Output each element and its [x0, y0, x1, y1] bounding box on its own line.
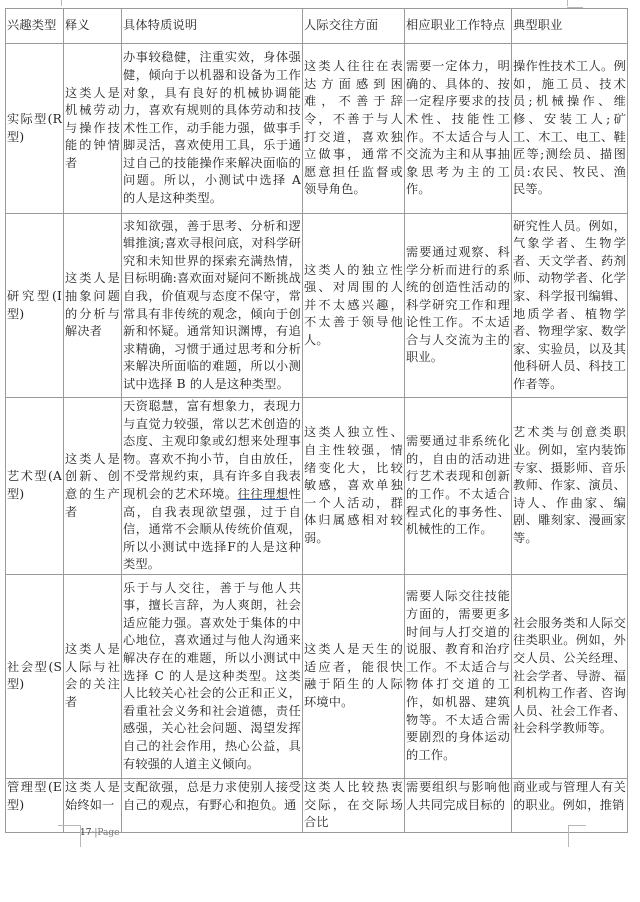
- page-label: Page: [97, 828, 119, 838]
- cell-type: 社会型(S型): [6, 574, 64, 778]
- cell-work-features: 需要一定体力，明确的、具体的、按一定程序要求的技术性、技能性工作。不太适合与人交…: [405, 44, 512, 214]
- crop-mark-bottom-right-v: [568, 825, 569, 847]
- cell-traits: 求知欲强，善于思考、分析和逻辑推演;喜欢寻根问底，对科学研究和未知世界的探索充满…: [122, 214, 303, 398]
- document-page: 兴趣类型 释义 具体特质说明 人际交往方面 相应职业工作特点 典型职业 实际型(…: [0, 0, 640, 902]
- cell-meaning: 这类人是人际与社会的关注者: [64, 574, 122, 778]
- cell-meaning: 这类人是机械劳动与操作技能的钟情者: [64, 44, 122, 214]
- crop-mark-top-left: [61, 0, 62, 6]
- table-row-investigative: 研究型(I型) 这类人是抽象问题的分析与解决者 求知欲强，善于思考、分析和逻辑推…: [6, 214, 628, 398]
- cell-meaning: 这类人是抽象问题的分析与解决者: [64, 214, 122, 398]
- cell-interpersonal: 这类人的独立性强、对周围的人并不太感兴趣，不太善于领导他人。: [303, 214, 405, 398]
- crop-mark-top-right: [567, 0, 568, 6]
- cell-work-features: 需要组织与影响他人共同完成目标的: [405, 778, 512, 832]
- spellcheck-underlined-text: 往往理想: [238, 487, 289, 501]
- cell-typical-jobs: 社会服务类和人际交往类职业。例如，外交人员、公关经理、社会学者、导游、福利机构工…: [512, 574, 628, 778]
- cell-work-features: 需要人际交往技能方面的，需要更多时间与人打交道的说服、教育和治疗工作。不太适合与…: [405, 574, 512, 778]
- cell-meaning: 这类人是创新、创意的生产者: [64, 398, 122, 575]
- crop-mark-bottom-left-h: [58, 825, 80, 826]
- header-interest-type: 兴趣类型: [6, 9, 64, 44]
- cell-traits: 办事较稳健，注重实效，身体强健，倾向于以机器和设备为工作对象，具有良好的机械协调…: [122, 44, 303, 214]
- cell-type: 研究型(I型): [6, 214, 64, 398]
- traits-text-before: 天资聪慧，富有想象力，表现力与直觉力较强，常以艺术创造的态度、主观印象或幻想来处…: [123, 399, 301, 501]
- page-number: 17: [80, 828, 91, 838]
- table-row-realistic: 实际型(R型) 这类人是机械劳动与操作技能的钟情者 办事较稳健，注重实效，身体强…: [6, 44, 628, 214]
- cell-interpersonal: 这类人是天生的适应者，能很快融于陌生的人际环境中。: [303, 574, 405, 778]
- cell-typical-jobs: 艺术类与创意类职业。例如，室内装饰专家、摄影师、音乐教师、作家、演员、诗人、作曲…: [512, 398, 628, 575]
- cell-type: 实际型(R型): [6, 44, 64, 214]
- table-row-enterprising: 管理型(E型) 这类人是始终如一 支配欲强，总是力求使别人接受自己的观点，有野心…: [6, 778, 628, 832]
- cell-interpersonal: 这类人比较热衷交际，在交际场合比: [303, 778, 405, 832]
- crop-mark-bottom-right-h: [568, 825, 586, 826]
- cell-traits: 天资聪慧，富有想象力，表现力与直觉力较强，常以艺术创造的态度、主观印象或幻想来处…: [122, 398, 303, 575]
- cell-type: 管理型(E型): [6, 778, 64, 832]
- cell-interpersonal: 这类人独立性、自主性较强，情绪变化大，比较敏感，喜欢单独一个人活动，群体归属感相…: [303, 398, 405, 575]
- cell-traits: 乐于与人交往，善于与他人共事，擅长言辞，为人爽朗，社会适应能力强。喜欢处于集体的…: [122, 574, 303, 778]
- cell-work-features: 需要通过非系统化的，自由的活动进行艺术表现和创新的工作。不太适合程式化的事务性、…: [405, 398, 512, 575]
- table-row-artistic: 艺术型(A型) 这类人是创新、创意的生产者 天资聪慧，富有想象力，表现力与直觉力…: [6, 398, 628, 575]
- cell-traits: 支配欲强，总是力求使别人接受自己的观点，有野心和抱负。通: [122, 778, 303, 832]
- header-typical-jobs: 典型职业: [512, 9, 628, 44]
- header-work-features: 相应职业工作特点: [405, 9, 512, 44]
- header-traits: 具体特质说明: [122, 9, 303, 44]
- cell-type: 艺术型(A型): [6, 398, 64, 575]
- cell-work-features: 需要通过观察、科学分析而进行的系统的创造性活动的科学研究工作和理论性工作。不太适…: [405, 214, 512, 398]
- cell-typical-jobs: 研究性人员。例如，气象学者、生物学者、天文学者、药剂师、动物学者、化学家、科学报…: [512, 214, 628, 398]
- cell-typical-jobs: 操作性技术工人。例如，施工员、技术员;机械操作、维修、安装工人;矿工、木工、电工…: [512, 44, 628, 214]
- header-meaning: 释义: [64, 9, 122, 44]
- table-row-social: 社会型(S型) 这类人是人际与社会的关注者 乐于与人交往，善于与他人共事，擅长言…: [6, 574, 628, 778]
- cell-interpersonal: 这类人往往在表达方面感到困难，不善于辞令，不善于与人打交道，喜欢独立做事，通常不…: [303, 44, 405, 214]
- page-footer: 17·|Page: [80, 828, 119, 838]
- holland-interest-table: 兴趣类型 释义 具体特质说明 人际交往方面 相应职业工作特点 典型职业 实际型(…: [5, 8, 628, 833]
- table-header-row: 兴趣类型 释义 具体特质说明 人际交往方面 相应职业工作特点 典型职业: [6, 9, 628, 44]
- header-interpersonal: 人际交往方面: [303, 9, 405, 44]
